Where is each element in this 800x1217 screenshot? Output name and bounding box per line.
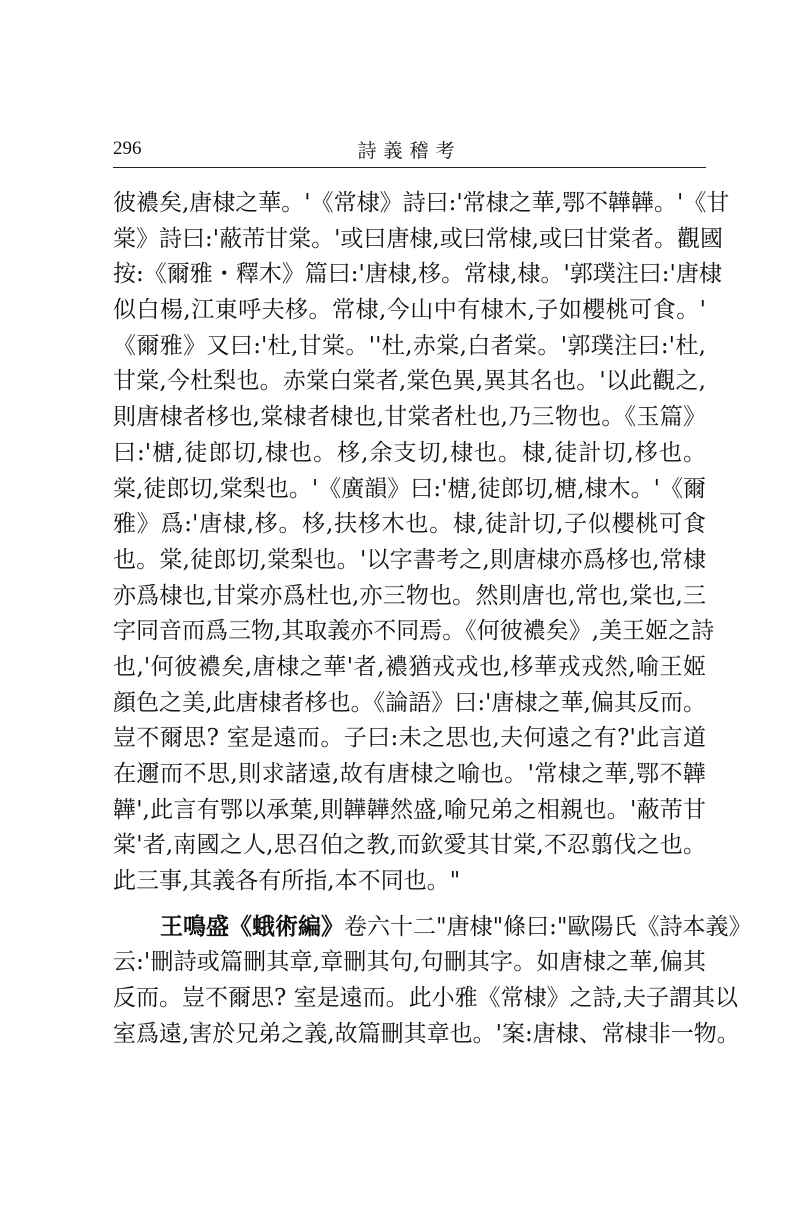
text-line: 雅》爲:'唐棣,栘。栘,扶栘木也。棣,徒計切,子似櫻桃可食 [113,507,706,543]
text-line: 則唐棣者栘也,棠棣者棣也,甘棠者杜也,乃三物也。《玉篇》 [113,400,706,436]
text-line: 云:'刪詩或篇刪其章,章刪其句,句刪其字。如唐棣之華,偏其 [113,945,706,981]
body-text: 彼襛矣,唐棣之華。'《常棣》詩曰:'常棣之華,鄂不韡韡。'《甘 棠》詩曰:'蔽芾… [113,186,706,1053]
text-line: 豈不爾思? 室是遠而。子曰:未之思也,夫何遠之有?'此言道 [113,721,706,757]
lead-text: 卷六十二"唐棣"條曰:"歐陽氏《詩本義》 [344,914,752,940]
text-line: 韡',此言有鄂以承葉,則韡韡然盛,喻兄弟之相親也。'蔽芾甘 [113,793,706,829]
text-line: 反而。豈不爾思? 室是遠而。此小雅《常棣》之詩,夫子謂其以 [113,981,706,1017]
text-line: 也。棠,徒郎切,棠梨也。'以字書考之,則唐棣亦爲栘也,常棣 [113,543,706,579]
running-head: 296 詩義稽考 [113,136,706,162]
text-line: 曰:'榶,徒郎切,棣也。栘,余支切,棣也。棣,徒計切,栘也。 [113,436,706,472]
text-line: 亦爲棣也,甘棠亦爲杜也,亦三物也。然則唐也,常也,棠也,三 [113,579,706,615]
text-line: 字同音而爲三物,其取義亦不同焉。《何彼襛矣》,美王姬之詩 [113,614,706,650]
text-line: 彼襛矣,唐棣之華。'《常棣》詩曰:'常棣之華,鄂不韡韡。'《甘 [113,186,706,222]
text-line-lead: 王鳴盛《蛾術編》卷六十二"唐棣"條曰:"歐陽氏《詩本義》 [113,910,706,946]
paragraph-1: 彼襛矣,唐棣之華。'《常棣》詩曰:'常棣之華,鄂不韡韡。'《甘 棠》詩曰:'蔽芾… [113,186,706,900]
text-line: 按:《爾雅・釋木》篇曰:'唐棣,栘。常棣,棣。'郭璞注曰:'唐棣 [113,257,706,293]
text-line: 棠'者,南國之人,思召伯之教,而欽愛其甘棠,不忍翦伐之也。 [113,828,706,864]
text-line: 似白楊,江東呼夫栘。常棣,今山中有棣木,子如櫻桃可食。' [113,293,706,329]
text-line: 也,'何彼襛矣,唐棣之華'者,襛猶戎戎也,栘華戎戎然,喻王姬 [113,650,706,686]
header-rule [113,167,706,168]
paragraph-2: 王鳴盛《蛾術編》卷六十二"唐棣"條曰:"歐陽氏《詩本義》 云:'刪詩或篇刪其章,… [113,910,706,1053]
paragraph-gap [113,900,706,910]
text-line: 甘棠,今杜梨也。赤棠白棠者,棠色異,異其名也。'以此觀之, [113,364,706,400]
text-line: 此三事,其義各有所指,本不同也。" [113,864,706,900]
text-line: 顔色之美,此唐棣者栘也。《論語》曰:'唐棣之華,偏其反而。 [113,686,706,722]
cited-author-work: 王鳴盛《蛾術編》 [160,914,344,940]
text-line: 棠》詩曰:'蔽芾甘棠。'或曰唐棣,或曰常棣,或曰甘棠者。觀國 [113,222,706,258]
text-line: 棠,徒郎切,棠梨也。'《廣韻》曰:'榶,徒郎切,榶,棣木。'《爾 [113,472,706,508]
text-line: 《爾雅》又曰:'杜,甘棠。''杜,赤棠,白者棠。'郭璞注曰:'杜, [113,329,706,365]
book-title: 詩義稽考 [113,136,706,163]
text-line: 在邇而不思,則求諸遠,故有唐棣之喻也。'常棣之華,鄂不韡 [113,757,706,793]
text-line: 室爲遠,害於兄弟之義,故篇刪其章也。'案:唐棣、常棣非一物。 [113,1017,706,1053]
